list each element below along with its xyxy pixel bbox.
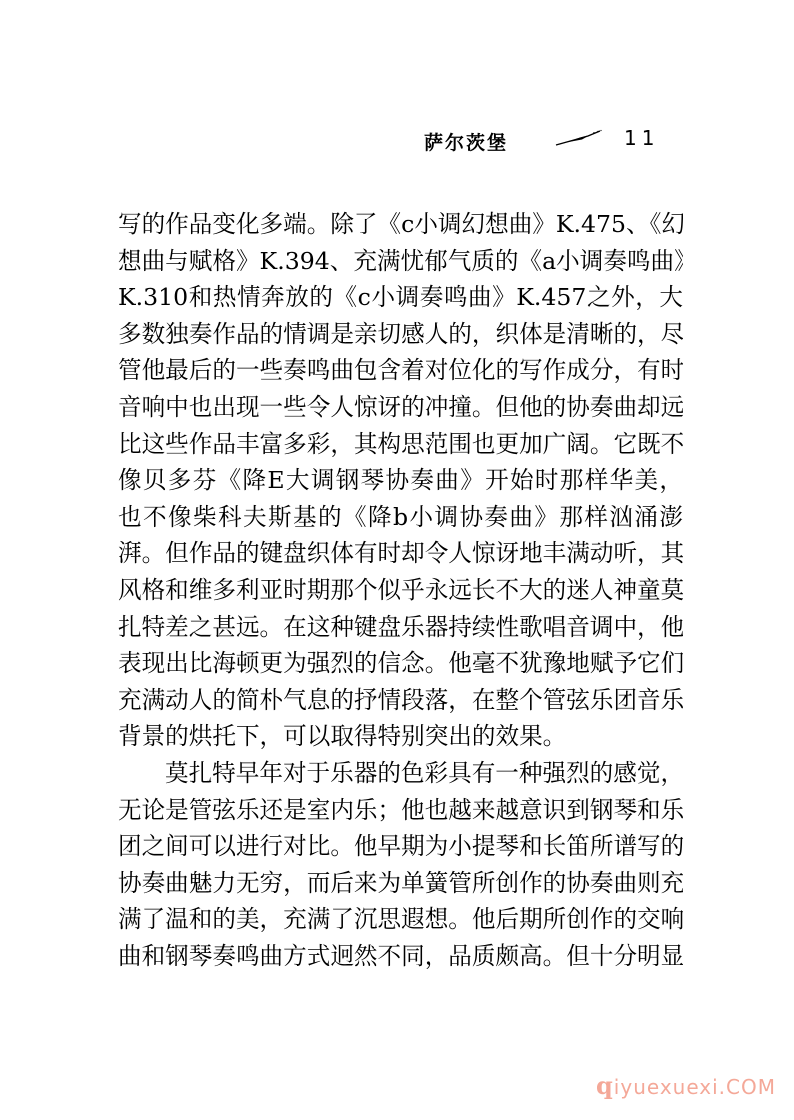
text-line: 风格和维多利亚时期那个似乎永远长不大的迷人神童莫 — [118, 572, 683, 609]
text-line: 想曲与赋格》K.394、充满忧郁气质的《a小调奏鸣曲》 — [118, 243, 683, 280]
paragraph-1: 写的作品变化多端。除了《c小调幻想曲》K.475、《幻 想曲与赋格》K.394、… — [118, 206, 683, 755]
watermark-text: iyuexuexi.COM — [614, 1075, 776, 1099]
text-line: 无论是管弦乐还是室内乐；他也越来越意识到钢琴和乐 — [118, 792, 683, 829]
text-line: 写的作品变化多端。除了《c小调幻想曲》K.475、《幻 — [118, 206, 683, 243]
text-line: 多数独奏作品的情调是亲切感人的，织体是清晰的，尽 — [118, 316, 683, 353]
text-line: 也不像柴科夫斯基的《降b小调协奏曲》那样汹涌澎 — [118, 499, 683, 536]
text-line: 湃。但作品的键盘织体有时却令人惊讶地丰满动听，其 — [118, 535, 683, 572]
running-header: 萨尔茨堡 11 — [424, 126, 508, 156]
text-line: 扎特差之甚远。在这种键盘乐器持续性歌唱音调中，他 — [118, 609, 683, 646]
text-line: 表现出比海顿更为强烈的信念。他毫不犹豫地赋予它们 — [118, 645, 683, 682]
chapter-title: 萨尔茨堡 — [424, 128, 508, 155]
watermark-logo-letter: q — [596, 1071, 614, 1100]
text-line: 背景的烘托下，可以取得特别突出的效果。 — [118, 718, 683, 755]
text-line: 莫扎特早年对于乐器的色彩具有一种强烈的感觉， — [118, 755, 683, 792]
quill-pen-ornament-icon — [554, 128, 604, 148]
text-line: 像贝多芬《降E大调钢琴协奏曲》开始时那样华美， — [118, 462, 683, 499]
text-line: 充满动人的简朴气息的抒情段落，在整个管弦乐团音乐 — [118, 682, 683, 719]
text-line: 协奏曲魅力无穷，而后来为单簧管所创作的协奏曲则充 — [118, 865, 683, 902]
body-text: 写的作品变化多端。除了《c小调幻想曲》K.475、《幻 想曲与赋格》K.394、… — [118, 206, 683, 974]
text-line: 比这些作品丰富多彩，其构思范围也更加广阔。它既不 — [118, 426, 683, 463]
page-number: 11 — [624, 126, 659, 150]
text-line: 满了温和的美，充满了沉思遐想。他后期所创作的交响 — [118, 901, 683, 938]
text-line: K.310和热情奔放的《c小调奏鸣曲》K.457之外，大 — [118, 279, 683, 316]
text-line: 音响中也出现一些令人惊讶的冲撞。但他的协奏曲却远 — [118, 389, 683, 426]
site-watermark: qiyuexuexi.COM — [596, 1071, 776, 1100]
text-line: 团之间可以进行对比。他早期为小提琴和长笛所谱写的 — [118, 828, 683, 865]
text-line: 曲和钢琴奏鸣曲方式迥然不同，品质颇高。但十分明显 — [118, 938, 683, 975]
paragraph-2: 莫扎特早年对于乐器的色彩具有一种强烈的感觉， 无论是管弦乐还是室内乐；他也越来越… — [118, 755, 683, 975]
text-line: 管他最后的一些奏鸣曲包含着对位化的写作成分，有时 — [118, 352, 683, 389]
